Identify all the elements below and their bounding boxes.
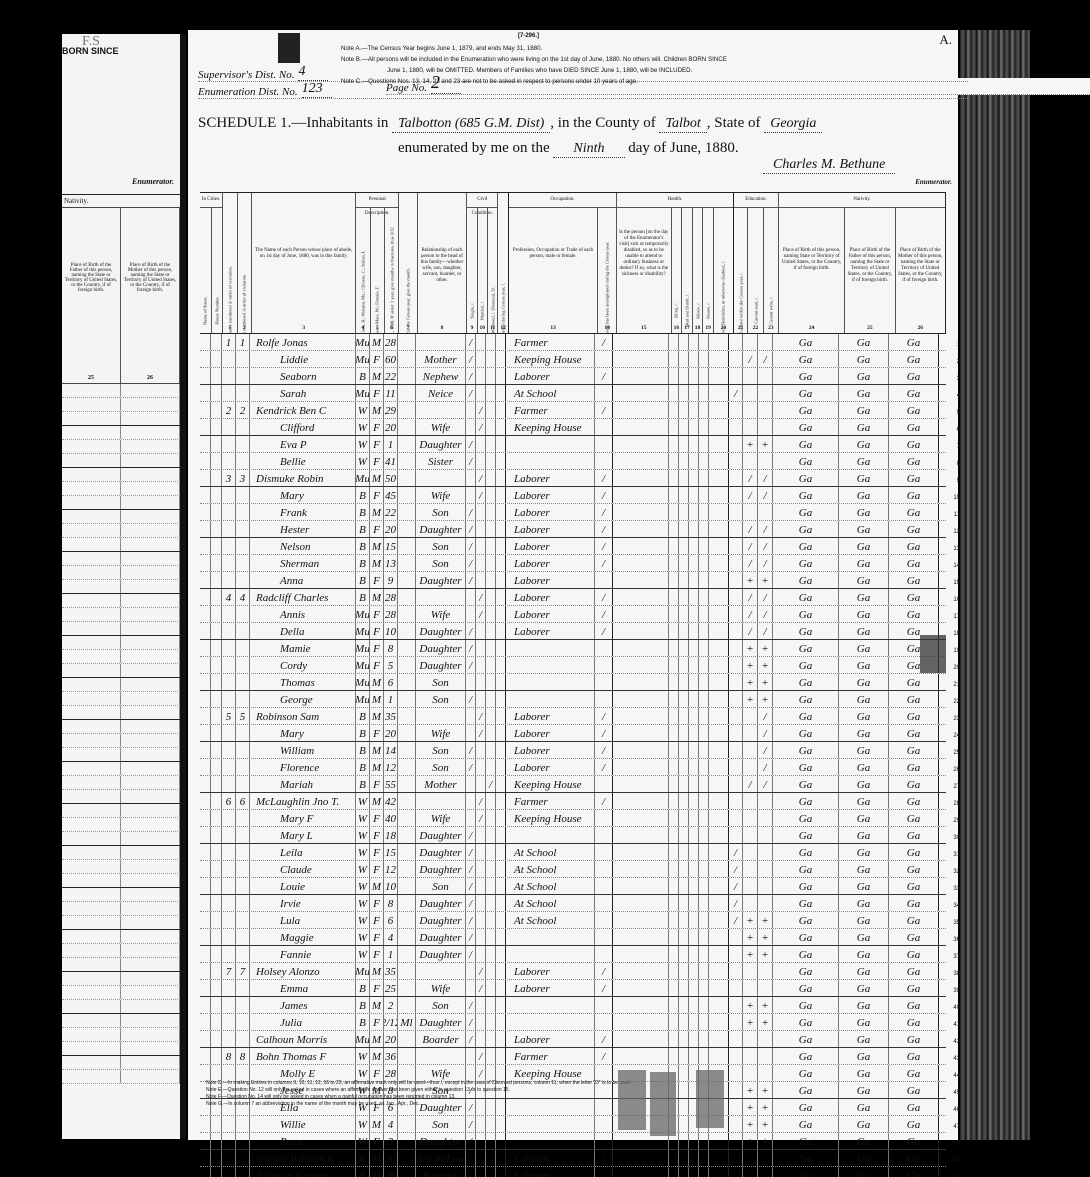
cell-street [200, 1167, 211, 1177]
cell-born [398, 606, 416, 622]
cell-fam [236, 674, 250, 690]
cell-insane [699, 640, 709, 656]
cell-single: / [466, 1133, 476, 1149]
cell-color: Mu [356, 674, 370, 690]
cell-age: 29 [384, 402, 398, 418]
cell-occ: Laborer [506, 504, 595, 520]
line-number: 18 [953, 631, 960, 637]
cell-fam [236, 640, 250, 656]
cell-insane [699, 487, 709, 503]
cell-fbp: Ga [839, 351, 889, 367]
cell-school [729, 674, 743, 690]
cell-unemp: / [595, 1048, 613, 1064]
cell-idiot [689, 334, 699, 350]
cell-house [211, 844, 222, 860]
cell-fbp: Ga [839, 1065, 889, 1081]
cell-widowed [486, 657, 496, 673]
cell-sex: F [370, 946, 384, 962]
cell-born [398, 521, 416, 537]
cell-color: B [356, 504, 370, 520]
left-page-row [62, 706, 180, 720]
cell-maimed [709, 572, 729, 588]
county-value: Talbot [659, 116, 706, 133]
cell-sex: M [370, 759, 384, 775]
cell-sex: M [370, 1150, 384, 1166]
cell-fbp: Ga [839, 1014, 889, 1030]
cell-idiot [689, 402, 699, 418]
cell-married: / [476, 1065, 486, 1081]
cell-fbp: Ga [839, 453, 889, 469]
cell-sick [613, 861, 669, 877]
cell-mdy [496, 657, 506, 673]
cell-single: / [466, 691, 476, 707]
cell-rel: Daughter [416, 861, 466, 877]
cell-sick [613, 963, 669, 979]
left-page-row [62, 1014, 180, 1028]
cell-born [398, 640, 416, 656]
cell-born [398, 1150, 416, 1166]
cell-street [200, 385, 211, 401]
cell-sick [613, 453, 669, 469]
cell-unemp: / [595, 1167, 613, 1177]
cell-fbp: Ga [839, 1150, 889, 1166]
cell-mbp: Ga [889, 453, 939, 469]
cell-fbp: Ga [839, 861, 889, 877]
cell-single: / [466, 538, 476, 554]
cell-bp: Ga [773, 555, 839, 571]
line-number: 6 [957, 427, 960, 433]
cell-idiot [689, 997, 699, 1013]
cell-idiot [689, 470, 699, 486]
cell-rel [416, 793, 466, 809]
cell-bp: Ga [773, 810, 839, 826]
cell-widowed [486, 1133, 496, 1149]
header-occupation: Occupation. Profession, Occupation or Tr… [509, 193, 617, 333]
cell-rel: Daughter [416, 827, 466, 843]
cell-mbp: Ga [889, 776, 939, 792]
cell-read: + [743, 691, 758, 707]
cell-deaf [679, 674, 689, 690]
line-number: 12 [953, 529, 960, 535]
line-number: 43 [953, 1056, 960, 1062]
cell-widowed [486, 1014, 496, 1030]
cell-fam [236, 504, 250, 520]
cell-color: B [356, 572, 370, 588]
cell-write: + [758, 1082, 773, 1098]
cell-fbp: Ga [839, 504, 889, 520]
cell-occ: Farmer [506, 793, 595, 809]
left-page-row [62, 398, 180, 412]
note-g: Note G.—In column 7 an abbreviation in t… [206, 1101, 632, 1108]
cell-rel: Mother [416, 351, 466, 367]
cell-school [729, 623, 743, 639]
cell-mdy [496, 793, 506, 809]
cell-married [476, 844, 486, 860]
table-row: 22Kendrick Ben CWM29/Farmer/GaGaGa5 [200, 402, 946, 419]
cell-married: / [476, 606, 486, 622]
cell-sex: M [370, 589, 384, 605]
cell-write: / [758, 623, 773, 639]
cell-name: Calhoun Morris [250, 1031, 356, 1047]
cell-dw [222, 351, 236, 367]
cell-widowed [486, 1150, 496, 1166]
cell-sick [613, 572, 669, 588]
table-row: Mary FWF40Wife/Keeping HouseGaGaGa29 [200, 810, 946, 827]
cell-mbp: Ga [889, 878, 939, 894]
cell-blind [669, 419, 679, 435]
cell-blind [669, 487, 679, 503]
cell-school [729, 555, 743, 571]
cell-born [398, 691, 416, 707]
cell-blind [669, 810, 679, 826]
census-table: In Cities. Name of Street. House Number.… [200, 192, 946, 1177]
cell-deaf [679, 929, 689, 945]
cell-insane [699, 946, 709, 962]
cell-bp: Ga [773, 368, 839, 384]
cell-mdy [496, 351, 506, 367]
cell-single [466, 589, 476, 605]
cell-mbp: Ga [889, 725, 939, 741]
cell-read: + [743, 657, 758, 673]
cell-maimed [709, 487, 729, 503]
cell-maimed [709, 334, 729, 350]
cell-name: Emma [250, 980, 356, 996]
cell-occ: At School [506, 861, 595, 877]
cell-rel: Son [416, 504, 466, 520]
cell-house [211, 980, 222, 996]
cell-dw [222, 419, 236, 435]
tape-patch [920, 635, 946, 673]
cell-insane [699, 674, 709, 690]
cell-color: W [356, 861, 370, 877]
cell-mdy [496, 555, 506, 571]
cell-sex: M [370, 402, 384, 418]
cell-write [758, 895, 773, 911]
place-value: Talbotton (685 G.M. Dist) [392, 116, 550, 133]
table-row: AnnaBF9Daughter/Laborer++GaGaGa15 [200, 572, 946, 589]
cell-widowed [486, 640, 496, 656]
cell-born [398, 980, 416, 996]
cell-bp: Ga [773, 742, 839, 758]
cell-fam [236, 368, 250, 384]
cell-house [211, 1048, 222, 1064]
cell-age: 12 [384, 759, 398, 775]
cell-maimed [709, 912, 729, 928]
cell-read [743, 708, 758, 724]
line-number: 36 [953, 937, 960, 943]
cell-school [729, 453, 743, 469]
table-row: LiddieMuF60Mother/Keeping House//GaGaGa2 [200, 351, 946, 368]
cell-name: Maggie [250, 929, 356, 945]
cell-write: / [758, 538, 773, 554]
note-a: Note A.—The Census Year begins June 1, 1… [341, 43, 921, 54]
cell-name: Julia [250, 1014, 356, 1030]
table-row: SeabornBM22Nephew/Laborer/GaGaGa3 [200, 368, 946, 385]
cell-deaf [679, 861, 689, 877]
note-d: Note D.—In making Entries in columns 9, … [206, 1080, 632, 1087]
cell-house [211, 878, 222, 894]
cell-sick [613, 640, 669, 656]
state-value: Georgia [764, 116, 822, 133]
cell-insane [699, 929, 709, 945]
cell-age: 45 [384, 487, 398, 503]
cell-sick [613, 742, 669, 758]
cell-unemp [595, 912, 613, 928]
cell-single: / [466, 1116, 476, 1132]
left-page-row [62, 454, 180, 468]
cell-blind [669, 963, 679, 979]
cell-maimed [709, 1133, 729, 1149]
cell-mbp: Ga [889, 589, 939, 605]
cell-insane [699, 419, 709, 435]
cell-color: B [356, 1014, 370, 1030]
cell-deaf [679, 623, 689, 639]
cell-single: / [466, 640, 476, 656]
cell-single [466, 793, 476, 809]
cell-bp: Ga [773, 844, 839, 860]
cell-single: / [466, 368, 476, 384]
cell-rel: Daughter [416, 912, 466, 928]
cell-fam [236, 487, 250, 503]
cell-mdy [496, 368, 506, 384]
cell-mbp: Ga [889, 1014, 939, 1030]
cell-name: Molly E [250, 1065, 356, 1081]
cell-house [211, 1031, 222, 1047]
cell-street [200, 776, 211, 792]
cell-widowed [486, 436, 496, 452]
cell-bp: Ga [773, 1048, 839, 1064]
cell-unemp [595, 691, 613, 707]
cell-street [200, 793, 211, 809]
cell-sick [613, 436, 669, 452]
header-civil-condition: Civil Condition. Single, /.9 Married, /.… [467, 193, 498, 333]
cell-mdy [496, 895, 506, 911]
cell-age: 9 [384, 572, 398, 588]
cell-sex: M [370, 997, 384, 1013]
cell-born [398, 861, 416, 877]
cell-color: B [356, 521, 370, 537]
cell-color: Mu [356, 470, 370, 486]
cell-dw: 8 [222, 1048, 236, 1064]
cell-street [200, 640, 211, 656]
cell-deaf [679, 912, 689, 928]
cell-write: / [758, 1150, 773, 1166]
cell-house [211, 742, 222, 758]
cell-occ [506, 1014, 595, 1030]
cell-color: Mu [356, 334, 370, 350]
table-row: WilliamBM14Son/Laborer//GaGaGa25 [200, 742, 946, 759]
cell-born [398, 538, 416, 554]
cell-name: Gilmer William K [250, 1150, 356, 1166]
cell-dw [222, 606, 236, 622]
cell-street [200, 623, 211, 639]
left-page-col-father: Place of Birth of the Father of this per… [62, 208, 121, 383]
cell-deaf [679, 334, 689, 350]
cell-mbp: Ga [889, 1167, 939, 1177]
cell-fam [236, 810, 250, 826]
table-row: FrankBM22Son/Laborer/GaGaGa11 [200, 504, 946, 521]
cell-dw [222, 521, 236, 537]
cell-sex: M [370, 1048, 384, 1064]
cell-unemp [595, 929, 613, 945]
cell-occ [506, 640, 595, 656]
cell-school [729, 589, 743, 605]
cell-school [729, 1167, 743, 1177]
cell-age: 6 [384, 912, 398, 928]
cell-occ: At School [506, 895, 595, 911]
cell-single: / [466, 1150, 476, 1166]
cell-unemp: / [595, 487, 613, 503]
cell-maimed [709, 980, 729, 996]
table-row: ClaudeWF12Daughter/At School/GaGaGa32 [200, 861, 946, 878]
cell-deaf [679, 895, 689, 911]
cell-single: / [466, 521, 476, 537]
cell-sick [613, 793, 669, 809]
cell-insane [699, 521, 709, 537]
cell-fbp: Ga [839, 776, 889, 792]
cell-write: / [758, 759, 773, 775]
cell-born [398, 504, 416, 520]
cell-born [398, 776, 416, 792]
cell-color: B [356, 555, 370, 571]
cell-name: Liddie [250, 351, 356, 367]
left-page-row [62, 874, 180, 888]
table-row: Gilmer William KWM20Bro in Law/Laborer//… [200, 1150, 946, 1167]
cell-write [758, 334, 773, 350]
cell-married [476, 436, 486, 452]
cell-color: W [356, 1133, 370, 1149]
cell-sick [613, 487, 669, 503]
cell-single: / [466, 929, 476, 945]
left-page-row [62, 846, 180, 860]
cell-idiot [689, 861, 699, 877]
cell-bp: Ga [773, 606, 839, 622]
left-page-row [62, 776, 180, 790]
cell-read [743, 980, 758, 996]
cell-fbp: Ga [839, 1048, 889, 1064]
cell-insane [699, 1133, 709, 1149]
header-family: Families numbered in order of visitation… [238, 193, 253, 333]
cell-read [743, 402, 758, 418]
cell-school [729, 929, 743, 945]
cell-fam [236, 1167, 250, 1177]
left-page-row [62, 440, 180, 454]
cell-occ: Laborer [506, 708, 595, 724]
cell-house [211, 504, 222, 520]
left-page-row [62, 1028, 180, 1042]
cell-sick [613, 555, 669, 571]
cell-unemp [595, 895, 613, 911]
line-number: 29 [953, 818, 960, 824]
cell-write [758, 419, 773, 435]
cell-mbp: Ga [889, 1099, 939, 1115]
cell-blind [669, 402, 679, 418]
cell-deaf [679, 555, 689, 571]
cell-unemp: / [595, 759, 613, 775]
left-page-row [62, 608, 180, 622]
cell-occ: Laborer [506, 555, 595, 571]
cell-blind [669, 759, 679, 775]
cell-idiot [689, 555, 699, 571]
cell-color: Mu [356, 1031, 370, 1047]
cell-fam [236, 436, 250, 452]
cell-sick [613, 351, 669, 367]
cell-born: Ml [398, 1014, 416, 1030]
cell-read [743, 1031, 758, 1047]
cell-mdy [496, 487, 506, 503]
cell-street [200, 827, 211, 843]
line-number: 7 [957, 444, 960, 450]
cell-insane [699, 606, 709, 622]
cell-name: Bellie [250, 453, 356, 469]
cell-occ: Laborer [506, 725, 595, 741]
cell-name: Nelson [250, 538, 356, 554]
cell-mdy [496, 929, 506, 945]
cell-age: 18 [384, 827, 398, 843]
cell-deaf [679, 946, 689, 962]
cell-read: / [743, 776, 758, 792]
cell-name: Willie [250, 1116, 356, 1132]
cell-insane [699, 776, 709, 792]
cell-name: Rosa [250, 1133, 356, 1149]
cell-age: 8 [384, 640, 398, 656]
cell-blind [669, 470, 679, 486]
cell-mdy [496, 453, 506, 469]
cell-maimed [709, 793, 729, 809]
cell-single [466, 776, 476, 792]
cell-street [200, 674, 211, 690]
cell-blind [669, 334, 679, 350]
cell-house [211, 572, 222, 588]
line-number: 46 [953, 1107, 960, 1113]
cell-insane [699, 844, 709, 860]
left-page-row [62, 1000, 180, 1014]
cell-married [476, 929, 486, 945]
cell-widowed [486, 810, 496, 826]
table-row: Johnson GeorgeBM29Boarder/Laborer/GaGaGa… [200, 1167, 946, 1177]
cell-house [211, 861, 222, 877]
cell-read [743, 827, 758, 843]
cell-maimed [709, 657, 729, 673]
cell-fbp: Ga [839, 1167, 889, 1177]
cell-name: Claude [250, 861, 356, 877]
cell-dw [222, 742, 236, 758]
cell-idiot [689, 351, 699, 367]
cell-sex: M [370, 742, 384, 758]
table-row: IrvieWF8Daughter/At School/GaGaGa34 [200, 895, 946, 912]
table-row: Mary LWF18Daughter/GaGaGa30 [200, 827, 946, 844]
cell-rel: Son [416, 555, 466, 571]
cell-widowed [486, 929, 496, 945]
cell-deaf [679, 759, 689, 775]
cell-sick [613, 725, 669, 741]
line-number: 19 [953, 648, 960, 654]
cell-single: / [466, 1167, 476, 1177]
cell-rel: Daughter [416, 844, 466, 860]
cell-maimed [709, 759, 729, 775]
line-number: 31 [953, 852, 960, 858]
cell-write: / [758, 776, 773, 792]
cell-born [398, 793, 416, 809]
cell-read [743, 742, 758, 758]
cell-street [200, 1048, 211, 1064]
cell-rel: Wife [416, 1065, 466, 1081]
cell-read [743, 844, 758, 860]
cell-occ: Keeping House [506, 810, 595, 826]
left-page-row [62, 412, 180, 426]
cell-deaf [679, 1048, 689, 1064]
cell-blind [669, 623, 679, 639]
